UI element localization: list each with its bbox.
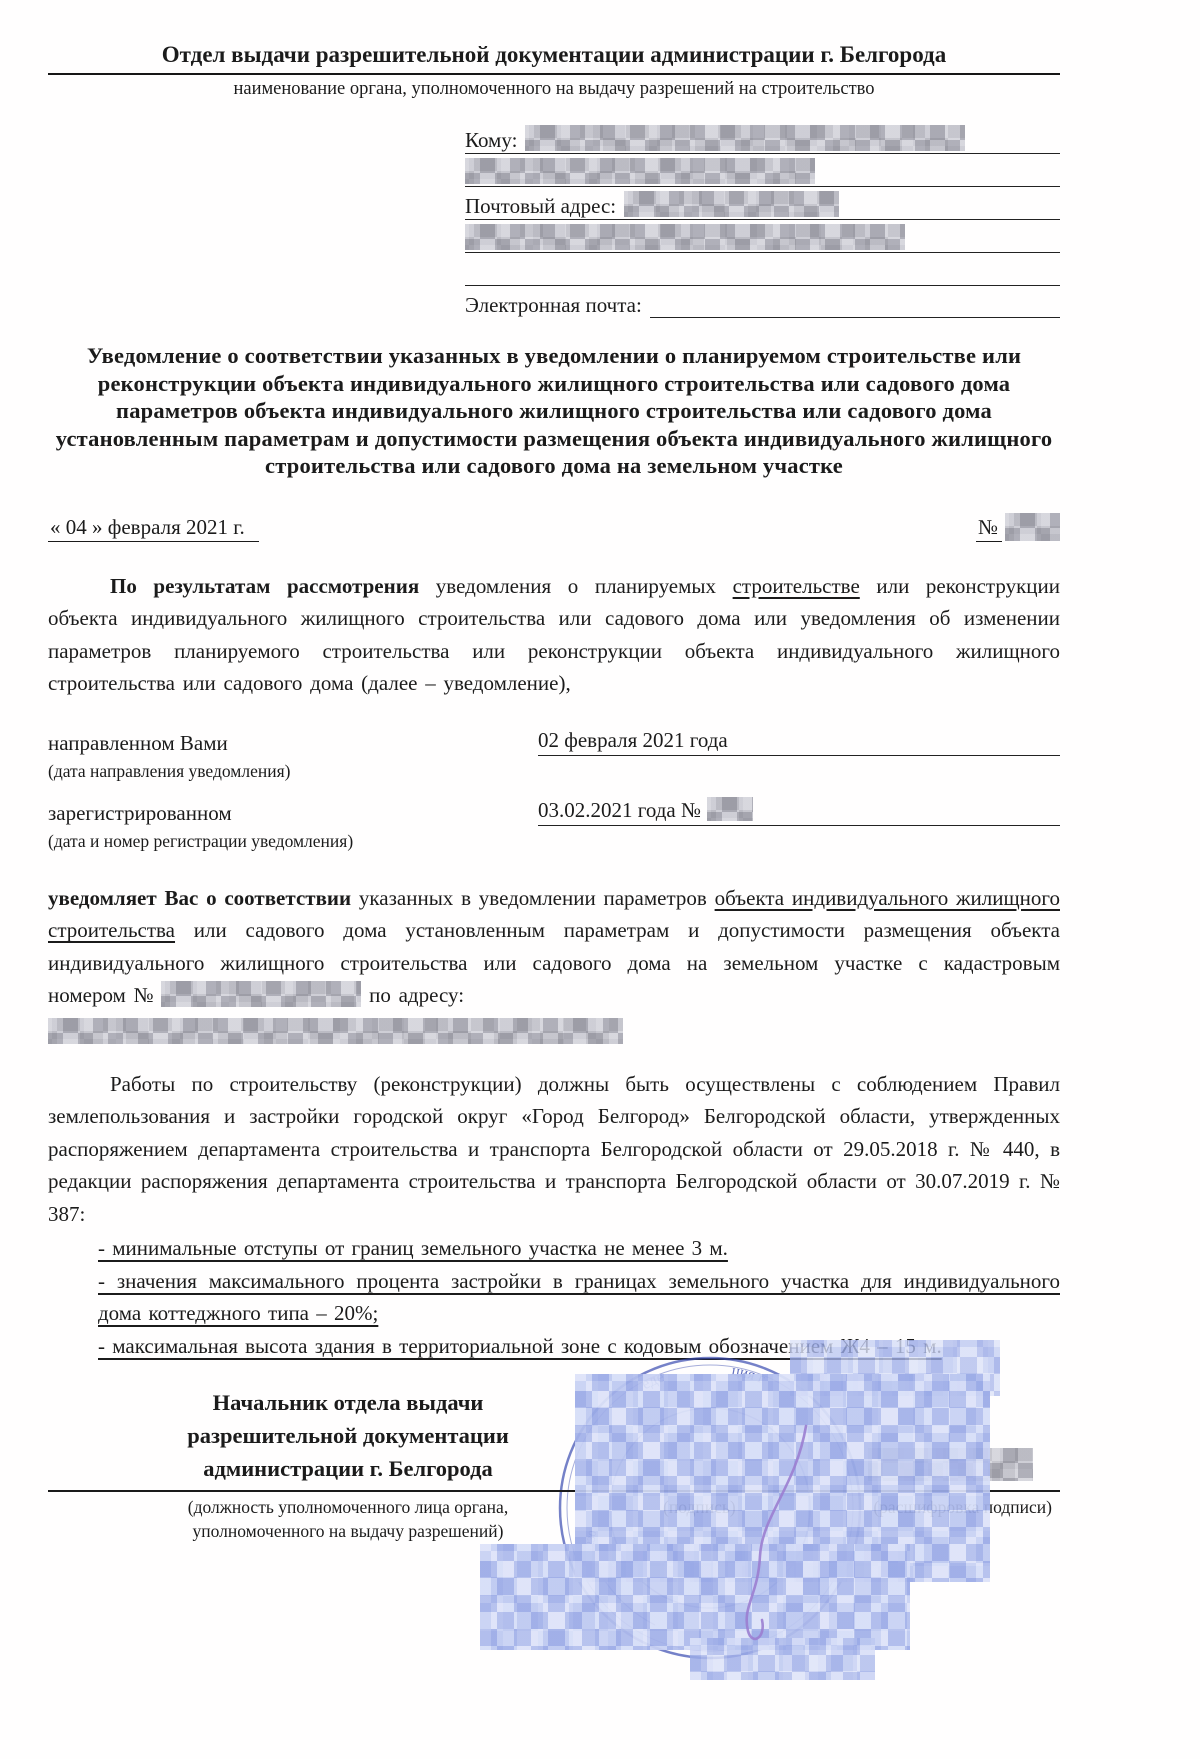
paragraph1-bold: По результатам рассмотрения (110, 574, 419, 598)
condition-building-percent: - значения максимального процента застро… (98, 1265, 1060, 1330)
signature-area: еде ция г 1230 Начальник отдела выдачи р… (48, 1386, 1060, 1716)
registration-caption: (дата и номер регистрации уведомления) (48, 830, 1060, 852)
condition-setbacks: - минимальные отступы от границ земельно… (98, 1232, 1060, 1265)
redacted-postal-address (624, 191, 839, 217)
document-title: Уведомление о соответствии указанных в у… (48, 342, 1060, 480)
sent-date-label: направленном Вами (48, 731, 538, 756)
date-number-row: « 04 » февраля 2021 г. № (48, 510, 1060, 542)
document-number: № (976, 513, 1060, 542)
paragraph-review-result: По результатам рассмотрения уведомления … (48, 570, 1060, 700)
paragraph-compliance: уведомляет Вас о соответствии указанных … (48, 882, 1060, 1012)
email-blank-line (650, 291, 1060, 318)
issuing-authority-caption: наименование органа, уполномоченного на … (48, 77, 1060, 101)
paragraph-construction-rules: Работы по строительству (реконструкции) … (48, 1068, 1060, 1231)
paragraph1-underlined: строительстве (733, 574, 860, 598)
email-label: Электронная почта: (465, 293, 650, 318)
paragraph2-text-c: по адресу: (361, 983, 464, 1007)
registration-value: 03.02.2021 года № (538, 798, 701, 822)
sent-date-caption: (дата направления уведомления) (48, 760, 1060, 782)
redacted-registration-number (707, 797, 753, 821)
redacted-cadastral-number (161, 981, 361, 1007)
document-date: « 04 » февраля 2021 г. (48, 515, 259, 542)
postal-address-row-2 (465, 220, 1060, 253)
position-caption-line2: уполномоченного на выдачу разрешений) (118, 1519, 578, 1543)
registration-label: зарегистрированном (48, 801, 538, 826)
scanned-document-page: Отдел выдачи разрешительной документации… (0, 0, 1200, 1759)
notification-fields: направленном Вами 02 февраля 2021 года (… (48, 722, 1060, 852)
paragraph2-text-a: указанных в уведомлении параметров (351, 886, 714, 910)
to-label: Кому: (465, 128, 525, 153)
blank-line-row (465, 253, 1060, 286)
redacted-recipient-name (525, 125, 965, 151)
recipient-block: Кому: Почтовый адрес: Электронная почта: (465, 121, 1060, 318)
recipient-to-row-2 (465, 154, 1060, 187)
position-caption: (должность уполномоченного лица органа, … (118, 1495, 578, 1543)
signatory-position-line2: разрешительной документации (118, 1419, 578, 1452)
redacted-address (48, 1018, 623, 1044)
paragraph1-text-a: уведомления о планируемых (419, 574, 732, 598)
postal-address-row: Почтовый адрес: (465, 187, 1060, 220)
signatory-position-line3: администрации г. Белгорода (118, 1452, 578, 1485)
issuing-authority-name: Отдел выдачи разрешительной документации… (48, 40, 1060, 75)
recipient-to-row: Кому: (465, 121, 1060, 154)
registration-line: 03.02.2021 года № (538, 797, 1060, 826)
paragraph2-bold: уведомляет Вас о соответствии (48, 886, 351, 910)
sent-date-value: 02 февраля 2021 года (538, 728, 728, 752)
sent-date-line: 02 февраля 2021 года (538, 728, 1060, 756)
registration-row: зарегистрированном 03.02.2021 года № (48, 792, 1060, 826)
redacted-postal-address-2 (465, 224, 905, 250)
signatory-position-line1: Начальник отдела выдачи (118, 1386, 578, 1419)
handwritten-signature-stroke (678, 1406, 838, 1656)
number-sign-label: № (976, 515, 1002, 542)
position-caption-line1: (должность уполномоченного лица органа, (118, 1495, 578, 1519)
redacted-recipient-name-2 (465, 158, 815, 184)
postal-address-label: Почтовый адрес: (465, 194, 624, 219)
sent-date-row: направленном Вами 02 февраля 2021 года (48, 722, 1060, 756)
signatory-position: Начальник отдела выдачи разрешительной д… (118, 1386, 578, 1485)
redacted-document-number (1005, 513, 1060, 541)
email-row: Электронная почта: (465, 286, 1060, 318)
